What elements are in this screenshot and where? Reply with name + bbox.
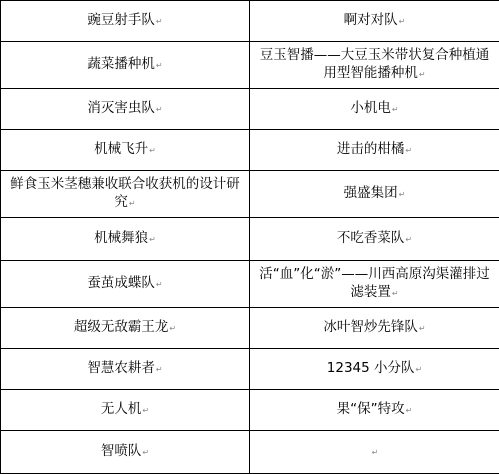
team-name: 小机电 [350, 100, 391, 116]
table-cell-left: 机械飞升↵ [1, 130, 250, 171]
team-name: 豌豆射手队 [87, 12, 155, 28]
table-cell-left: 智慧农耕者↵ [1, 349, 250, 390]
paragraph-mark-icon: ↵ [405, 146, 412, 155]
table-cell-left: 智喷队↵ [1, 431, 250, 474]
paragraph-mark-icon: ↵ [416, 365, 423, 374]
team-name: 无人机 [101, 401, 142, 417]
table-cell-right: 强盛集团↵ [250, 171, 499, 218]
team-name: 智慧农耕者 [87, 360, 155, 376]
paragraph-mark-icon: ↵ [399, 190, 406, 199]
table-body: 豌豆射手队↵啊对对队↵蔬菜播种机↵豆玉智播——大豆玉米带状复合种植通用型智能播种… [1, 1, 499, 474]
table-row: 无人机↵果“保”特攻↵ [1, 390, 499, 431]
table-row: 超级无敌霸王龙↵冰叶智炒先锋队↵ [1, 308, 499, 349]
table-cell-left: 豌豆射手队↵ [1, 1, 250, 42]
team-name: 活“血”化“淤”——川西高原沟渠灌排过滤装置 [259, 266, 489, 300]
table-cell-right: 12345 小分队↵ [250, 349, 499, 390]
table-row: 智喷队↵↵ [1, 431, 499, 474]
table-cell-left: 蔬菜播种机↵ [1, 42, 250, 89]
team-name: 强盛集团 [344, 185, 398, 201]
team-name: 机械舞狼 [94, 230, 148, 246]
paragraph-mark-icon: ↵ [156, 105, 163, 114]
table-cell-left: 机械舞狼↵ [1, 218, 250, 261]
team-name: 蔬菜播种机 [87, 56, 155, 72]
paragraph-mark-icon: ↵ [142, 448, 149, 457]
table-cell-right: 啊对对队↵ [250, 1, 499, 42]
team-name: 啊对对队 [344, 12, 398, 28]
team-name: 蚕茧成蝶队 [87, 275, 155, 291]
table-cell-left: 消灭害虫队↵ [1, 89, 250, 130]
team-name: 机械飞升 [94, 141, 148, 157]
table-cell-right: ↵ [250, 431, 499, 474]
table-cell-left: 超级无敌霸王龙↵ [1, 308, 250, 349]
team-name: 超级无敌霸王龙 [74, 319, 169, 335]
table-row: 蚕茧成蝶队↵活“血”化“淤”——川西高原沟渠灌排过滤装置↵ [1, 261, 499, 308]
table-cell-right: 小机电↵ [250, 89, 499, 130]
paragraph-mark-icon: ↵ [372, 448, 379, 457]
paragraph-mark-icon: ↵ [142, 406, 149, 415]
team-name: 果“保”特攻 [337, 401, 405, 417]
paragraph-mark-icon: ↵ [169, 324, 176, 333]
table-row: 机械舞狼↵不吃香菜队↵ [1, 218, 499, 261]
table-cell-left: 无人机↵ [1, 390, 250, 431]
team-name: 进击的柑橘 [337, 141, 405, 157]
paragraph-mark-icon: ↵ [156, 17, 163, 26]
paragraph-mark-icon: ↵ [149, 146, 156, 155]
paragraph-mark-icon: ↵ [392, 105, 399, 114]
table-row: 豌豆射手队↵啊对对队↵ [1, 1, 499, 42]
paragraph-mark-icon: ↵ [156, 280, 163, 289]
table-row: 智慧农耕者↵12345 小分队↵ [1, 349, 499, 390]
paragraph-mark-icon: ↵ [405, 235, 412, 244]
table-cell-right: 进击的柑橘↵ [250, 130, 499, 171]
team-name: 鲜食玉米茎穗兼收联合收获机的设计研究 [10, 176, 240, 210]
table-cell-right: 果“保”特攻↵ [250, 390, 499, 431]
team-list-table: 豌豆射手队↵啊对对队↵蔬菜播种机↵豆玉智播——大豆玉米带状复合种植通用型智能播种… [0, 0, 499, 474]
paragraph-mark-icon: ↵ [419, 324, 426, 333]
team-name: 不吃香菜队 [337, 230, 405, 246]
table-row: 消灭害虫队↵小机电↵ [1, 89, 499, 130]
table-cell-right: 豆玉智播——大豆玉米带状复合种植通用型智能播种机↵ [250, 42, 499, 89]
paragraph-mark-icon: ↵ [419, 70, 426, 79]
paragraph-mark-icon: ↵ [129, 199, 136, 208]
table-cell-left: 鲜食玉米茎穗兼收联合收获机的设计研究↵ [1, 171, 250, 218]
team-name: 豆玉智播——大豆玉米带状复合种植通用型智能播种机 [260, 47, 490, 81]
paragraph-mark-icon: ↵ [156, 365, 163, 374]
team-name: 12345 小分队 [327, 360, 415, 376]
paragraph-mark-icon: ↵ [406, 406, 413, 415]
table-cell-left: 蚕茧成蝶队↵ [1, 261, 250, 308]
table-cell-right: 活“血”化“淤”——川西高原沟渠灌排过滤装置↵ [250, 261, 499, 308]
team-name: 冰叶智炒先锋队 [323, 319, 418, 335]
table-row: 机械飞升↵进击的柑橘↵ [1, 130, 499, 171]
paragraph-mark-icon: ↵ [399, 17, 406, 26]
table-cell-right: 不吃香菜队↵ [250, 218, 499, 261]
paragraph-mark-icon: ↵ [149, 235, 156, 244]
team-name: 智喷队 [101, 443, 142, 459]
paragraph-mark-icon: ↵ [156, 61, 163, 70]
team-name: 消灭害虫队 [87, 100, 155, 116]
paragraph-mark-icon: ↵ [392, 289, 399, 298]
table-row: 蔬菜播种机↵豆玉智播——大豆玉米带状复合种植通用型智能播种机↵ [1, 42, 499, 89]
table-cell-right: 冰叶智炒先锋队↵ [250, 308, 499, 349]
table-row: 鲜食玉米茎穗兼收联合收获机的设计研究↵强盛集团↵ [1, 171, 499, 218]
